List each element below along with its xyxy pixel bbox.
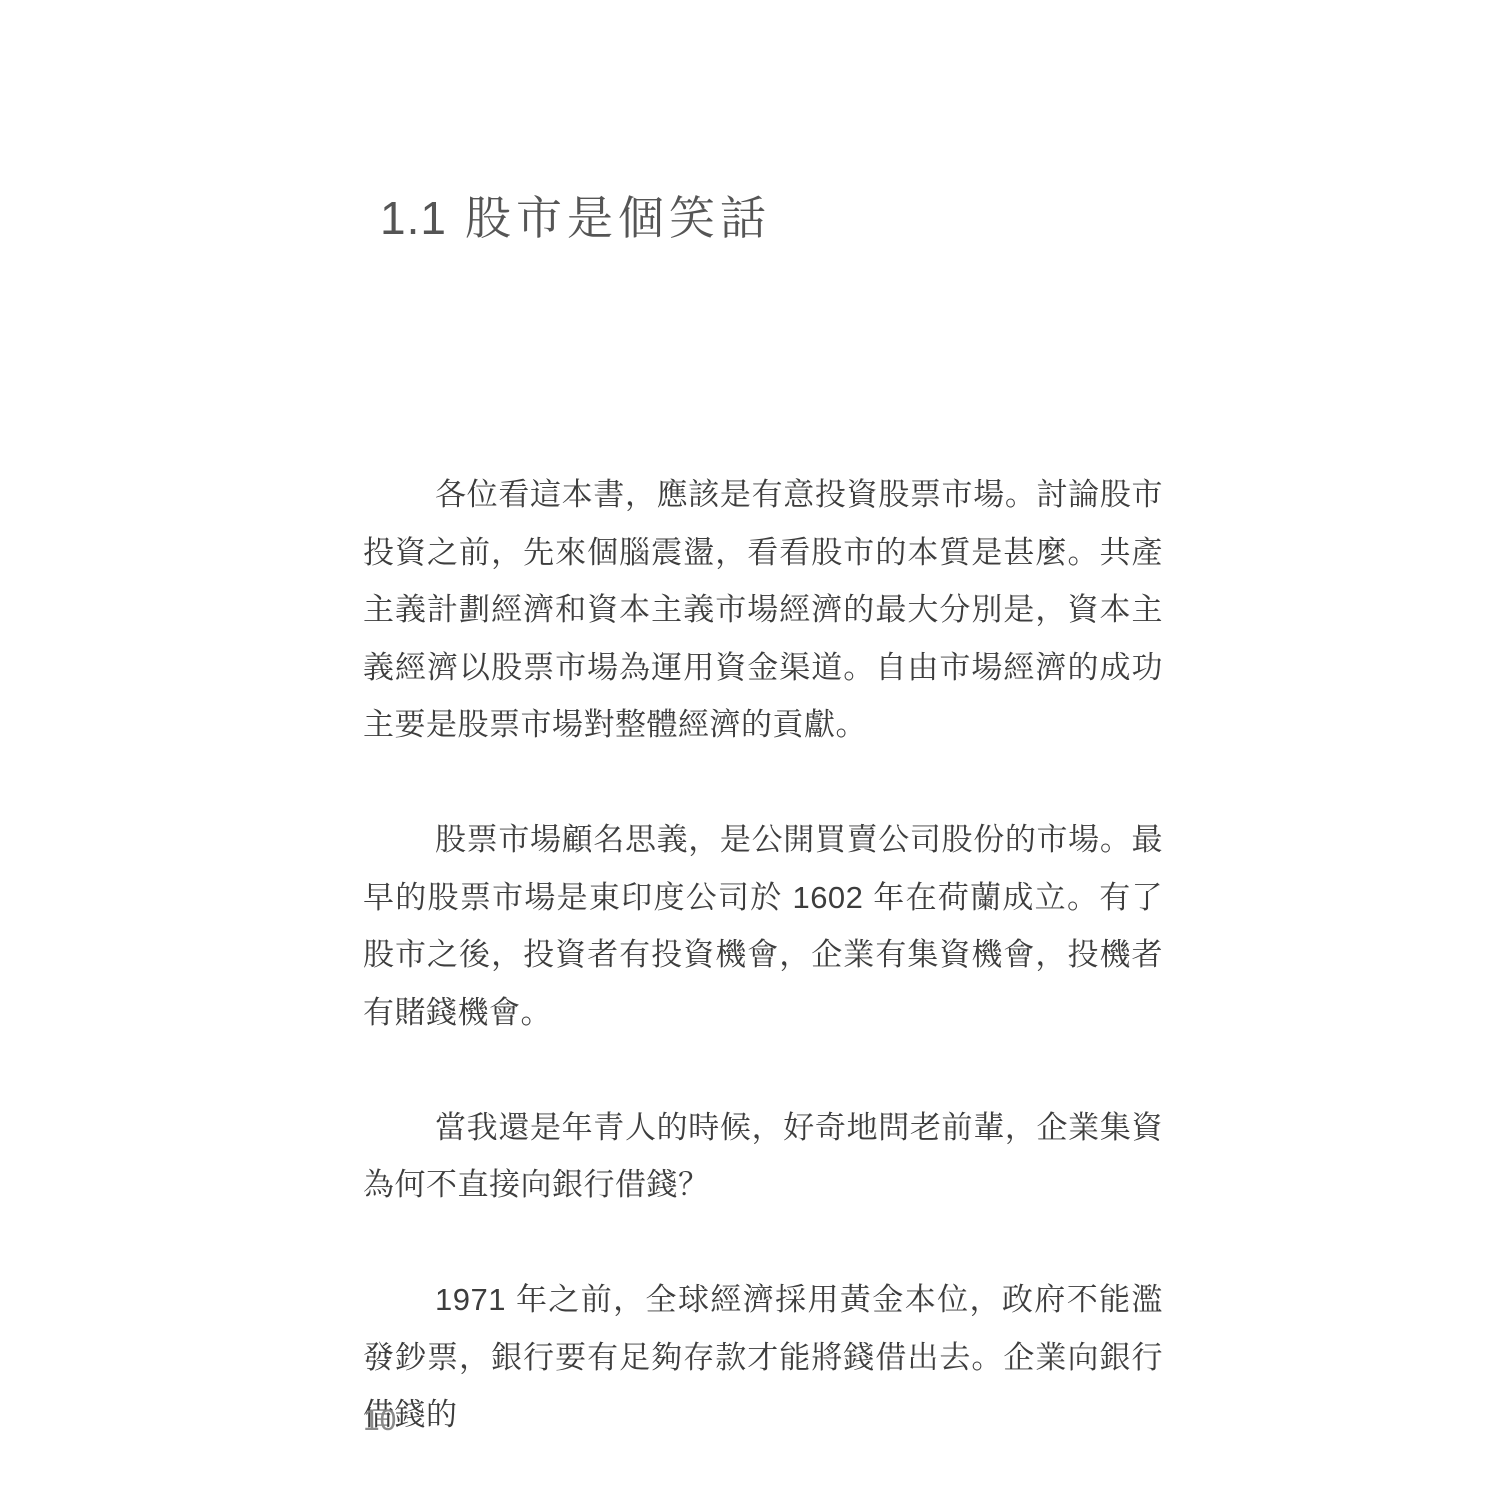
book-page: 1.1股市是個笑話 各位看這本書，應該是有意投資股票市場。討論股市投資之前，先來… bbox=[0, 0, 1500, 1500]
page-number: 10 bbox=[363, 1404, 396, 1438]
section-title: 股市是個笑話 bbox=[465, 192, 771, 244]
paragraph-4: 1971 年之前，全球經濟採用黃金本位，政府不能濫發鈔票，銀行要有足夠存款才能將… bbox=[363, 1271, 1163, 1444]
paragraph-3: 當我還是年青人的時候，好奇地問老前輩，企業集資為何不直接向銀行借錢？ bbox=[363, 1099, 1163, 1214]
section-number: 1.1 bbox=[380, 192, 447, 244]
section-heading: 1.1股市是個笑話 bbox=[380, 188, 771, 248]
body-text: 各位看這本書，應該是有意投資股票市場。討論股市投資之前，先來個腦震盪，看看股市的… bbox=[363, 466, 1163, 1444]
paragraph-1: 各位看這本書，應該是有意投資股票市場。討論股市投資之前，先來個腦震盪，看看股市的… bbox=[363, 466, 1163, 754]
paragraph-2: 股票市場顧名思義，是公開買賣公司股份的市場。最早的股票市場是東印度公司於 160… bbox=[363, 811, 1163, 1041]
